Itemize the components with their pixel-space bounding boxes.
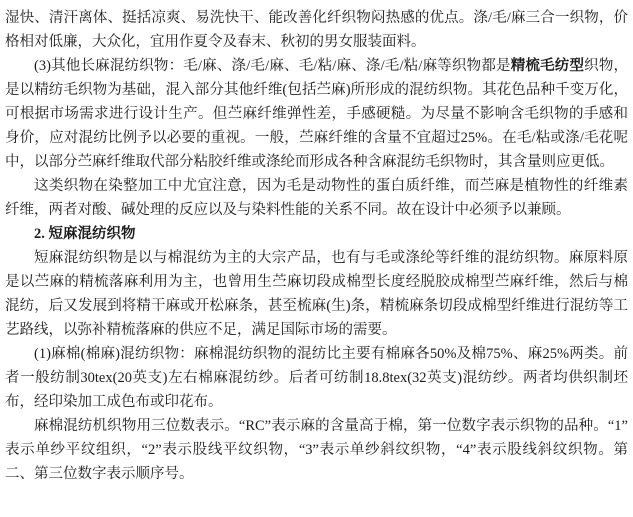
text-run: 麻棉混纺机织物用三位数表示。“RC”表示麻的含量高于棉，第一位数字表示织物的品种… — [5, 418, 628, 482]
scan-artifact-dot — [575, 181, 577, 183]
text-run: (1)麻棉(棉麻)混纺织物：麻棉混纺织物的混纺比主要有棉麻各50%及棉75%、麻… — [5, 346, 628, 410]
emphasis-text: 2. 短麻混纺织物 — [34, 226, 136, 242]
paragraph: 短麻混纺织物是以与棉混纺为主的大宗产品，也有与毛或涤纶等纤维的混纺织物。麻原料原… — [5, 246, 628, 342]
text-run: 织物，是以精纺毛织物为基础，混入部分其他纤维(包括苎麻)所形成的混纺织物。其花色… — [5, 58, 628, 170]
paragraph: (1)麻棉(棉麻)混纺织物：麻棉混纺织物的混纺比主要有棉麻各50%及棉75%、麻… — [5, 342, 628, 414]
text-run: 湿快、清汗离体、挺括凉爽、易洗快干、能改善化纤织物闷热感的优点。涤/毛/麻三合一… — [5, 10, 628, 50]
section-heading: 2. 短麻混纺织物 — [5, 222, 628, 246]
text-run: 这类织物在染整加工中尤宜注意，因为毛是动物性的蛋白质纤维，而苎麻是植物性的纤维素… — [5, 178, 628, 218]
paragraph: (3)其他长麻混纺织物：毛/麻、涤/毛/麻、毛/粘/麻、涤/毛/粘/麻等织物都是… — [5, 54, 628, 174]
paragraph: 湿快、清汗离体、挺括凉爽、易洗快干、能改善化纤织物闷热感的优点。涤/毛/麻三合一… — [5, 6, 628, 54]
text-run: 短麻混纺织物是以与棉混纺为主的大宗产品，也有与毛或涤纶等纤维的混纺织物。麻原料原… — [5, 250, 628, 338]
document-page: 湿快、清汗离体、挺括凉爽、易洗快干、能改善化纤织物闷热感的优点。涤/毛/麻三合一… — [0, 0, 633, 517]
paragraph: 这类织物在染整加工中尤宜注意，因为毛是动物性的蛋白质纤维，而苎麻是植物性的纤维素… — [5, 174, 628, 222]
scanned-book-page: { "page": { "background_color": "#ffffff… — [0, 0, 633, 517]
emphasis-text: 精梳毛纺型 — [511, 58, 584, 74]
text-run: (3)其他长麻混纺织物：毛/麻、涤/毛/麻、毛/粘/麻、涤/毛/粘/麻等织物都是 — [34, 58, 511, 74]
paragraph: 麻棉混纺机织物用三位数表示。“RC”表示麻的含量高于棉，第一位数字表示织物的品种… — [5, 414, 628, 486]
